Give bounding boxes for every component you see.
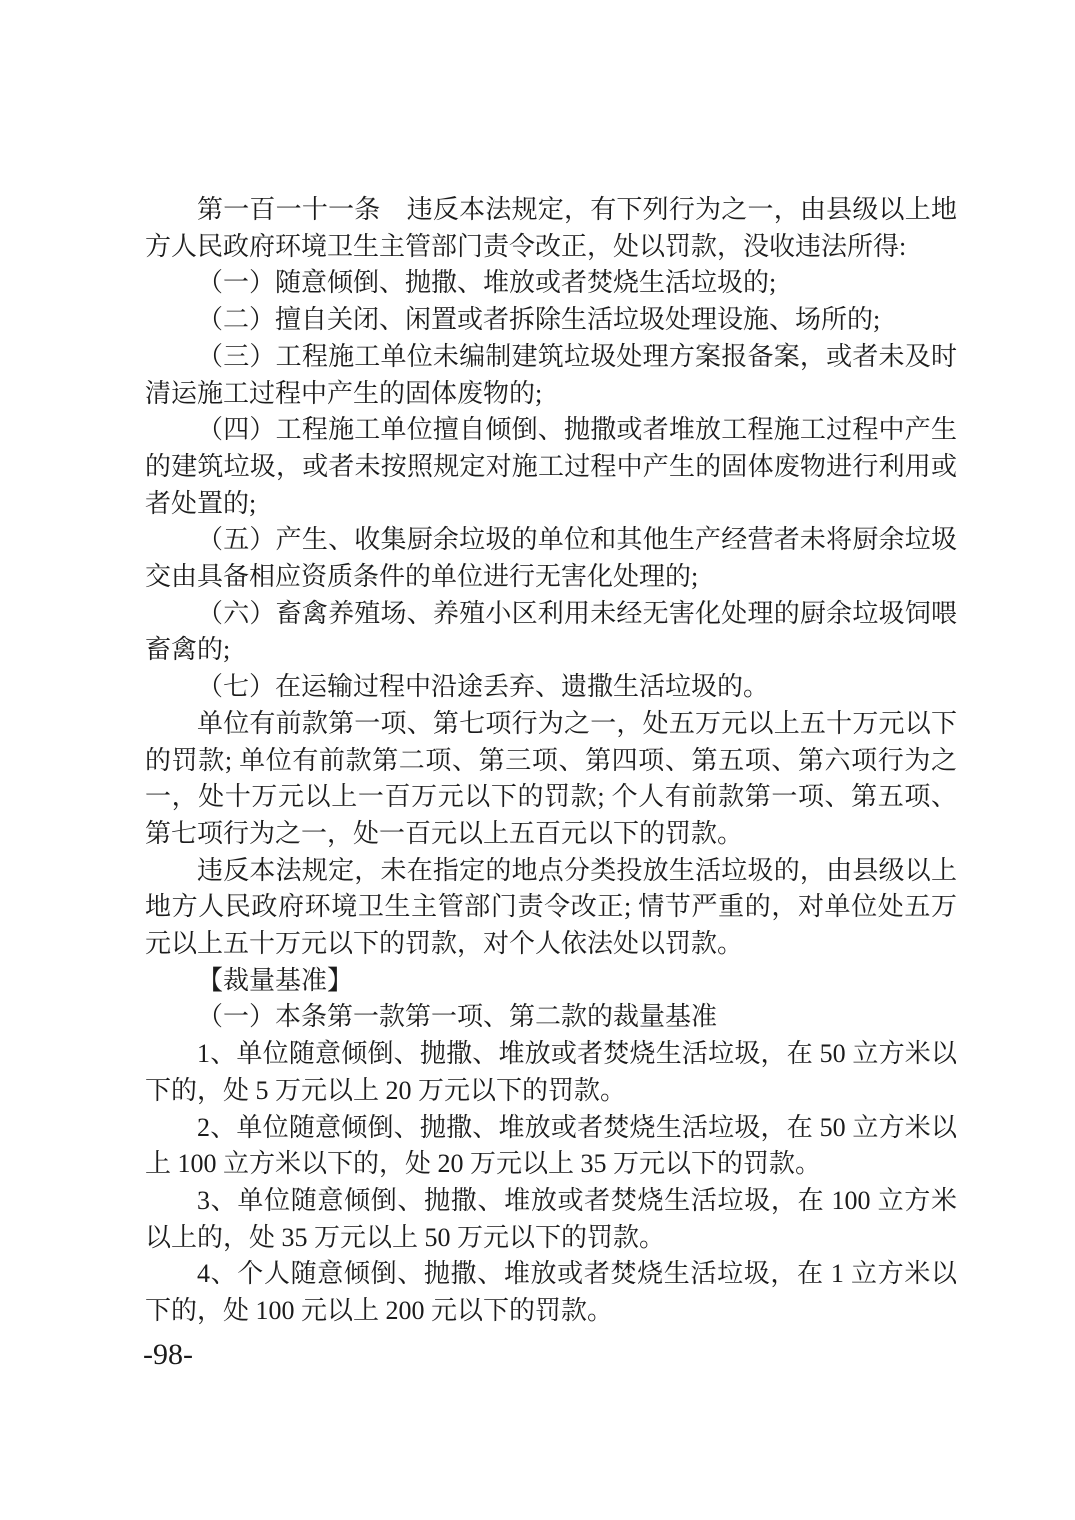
item-3: （三）工程施工单位未编制建筑垃圾处理方案报备案，或者未及时清运施工过程中产生的固…	[145, 339, 957, 412]
benchmark-section-1-heading: （一）本条第一款第一项、第二款的裁量基准	[145, 999, 957, 1036]
item-4: （四）工程施工单位擅自倾倒、抛撒或者堆放工程施工过程中产生的建筑垃圾，或者未按照…	[145, 412, 957, 522]
benchmark-rule-3: 3、单位随意倾倒、抛撒、堆放或者焚烧生活垃圾，在 100 立方米以上的，处 35…	[145, 1183, 957, 1256]
discretion-benchmark-heading: 【裁量基准】	[145, 963, 957, 1000]
item-1: （一）随意倾倒、抛撒、堆放或者焚烧生活垃圾的;	[145, 265, 957, 302]
item-7: （七）在运输过程中沿途丢弃、遗撒生活垃圾的。	[145, 669, 957, 706]
item-6: （六）畜禽养殖场、养殖小区利用未经无害化处理的厨余垃圾饲喂畜禽的;	[145, 596, 957, 669]
penalty-clause-units-individuals: 单位有前款第一项、第七项行为之一，处五万元以上五十万元以下的罚款; 单位有前款第…	[145, 706, 957, 853]
benchmark-rule-1: 1、单位随意倾倒、抛撒、堆放或者焚烧生活垃圾，在 50 立方米以下的，处 5 万…	[145, 1036, 957, 1109]
item-5: （五）产生、收集厨余垃圾的单位和其他生产经营者未将厨余垃圾交由具备相应资质条件的…	[145, 522, 957, 595]
benchmark-rule-4: 4、个人随意倾倒、抛撒、堆放或者焚烧生活垃圾，在 1 立方米以下的，处 100 …	[145, 1256, 957, 1329]
page-number: -98-	[143, 1337, 193, 1373]
benchmark-rule-2: 2、单位随意倾倒、抛撒、堆放或者焚烧生活垃圾，在 50 立方米以上 100 立方…	[145, 1110, 957, 1183]
document-body: 第一百一十一条 违反本法规定，有下列行为之一，由县级以上地方人民政府环境卫生主管…	[145, 192, 957, 1330]
article-111-intro: 第一百一十一条 违反本法规定，有下列行为之一，由县级以上地方人民政府环境卫生主管…	[145, 192, 957, 265]
penalty-clause-sorting-violation: 违反本法规定，未在指定的地点分类投放生活垃圾的，由县级以上地方人民政府环境卫生主…	[145, 853, 957, 963]
item-2: （二）擅自关闭、闲置或者拆除生活垃圾处理设施、场所的;	[145, 302, 957, 339]
document-page: 第一百一十一条 违反本法规定，有下列行为之一，由县级以上地方人民政府环境卫生主管…	[0, 0, 1075, 1520]
